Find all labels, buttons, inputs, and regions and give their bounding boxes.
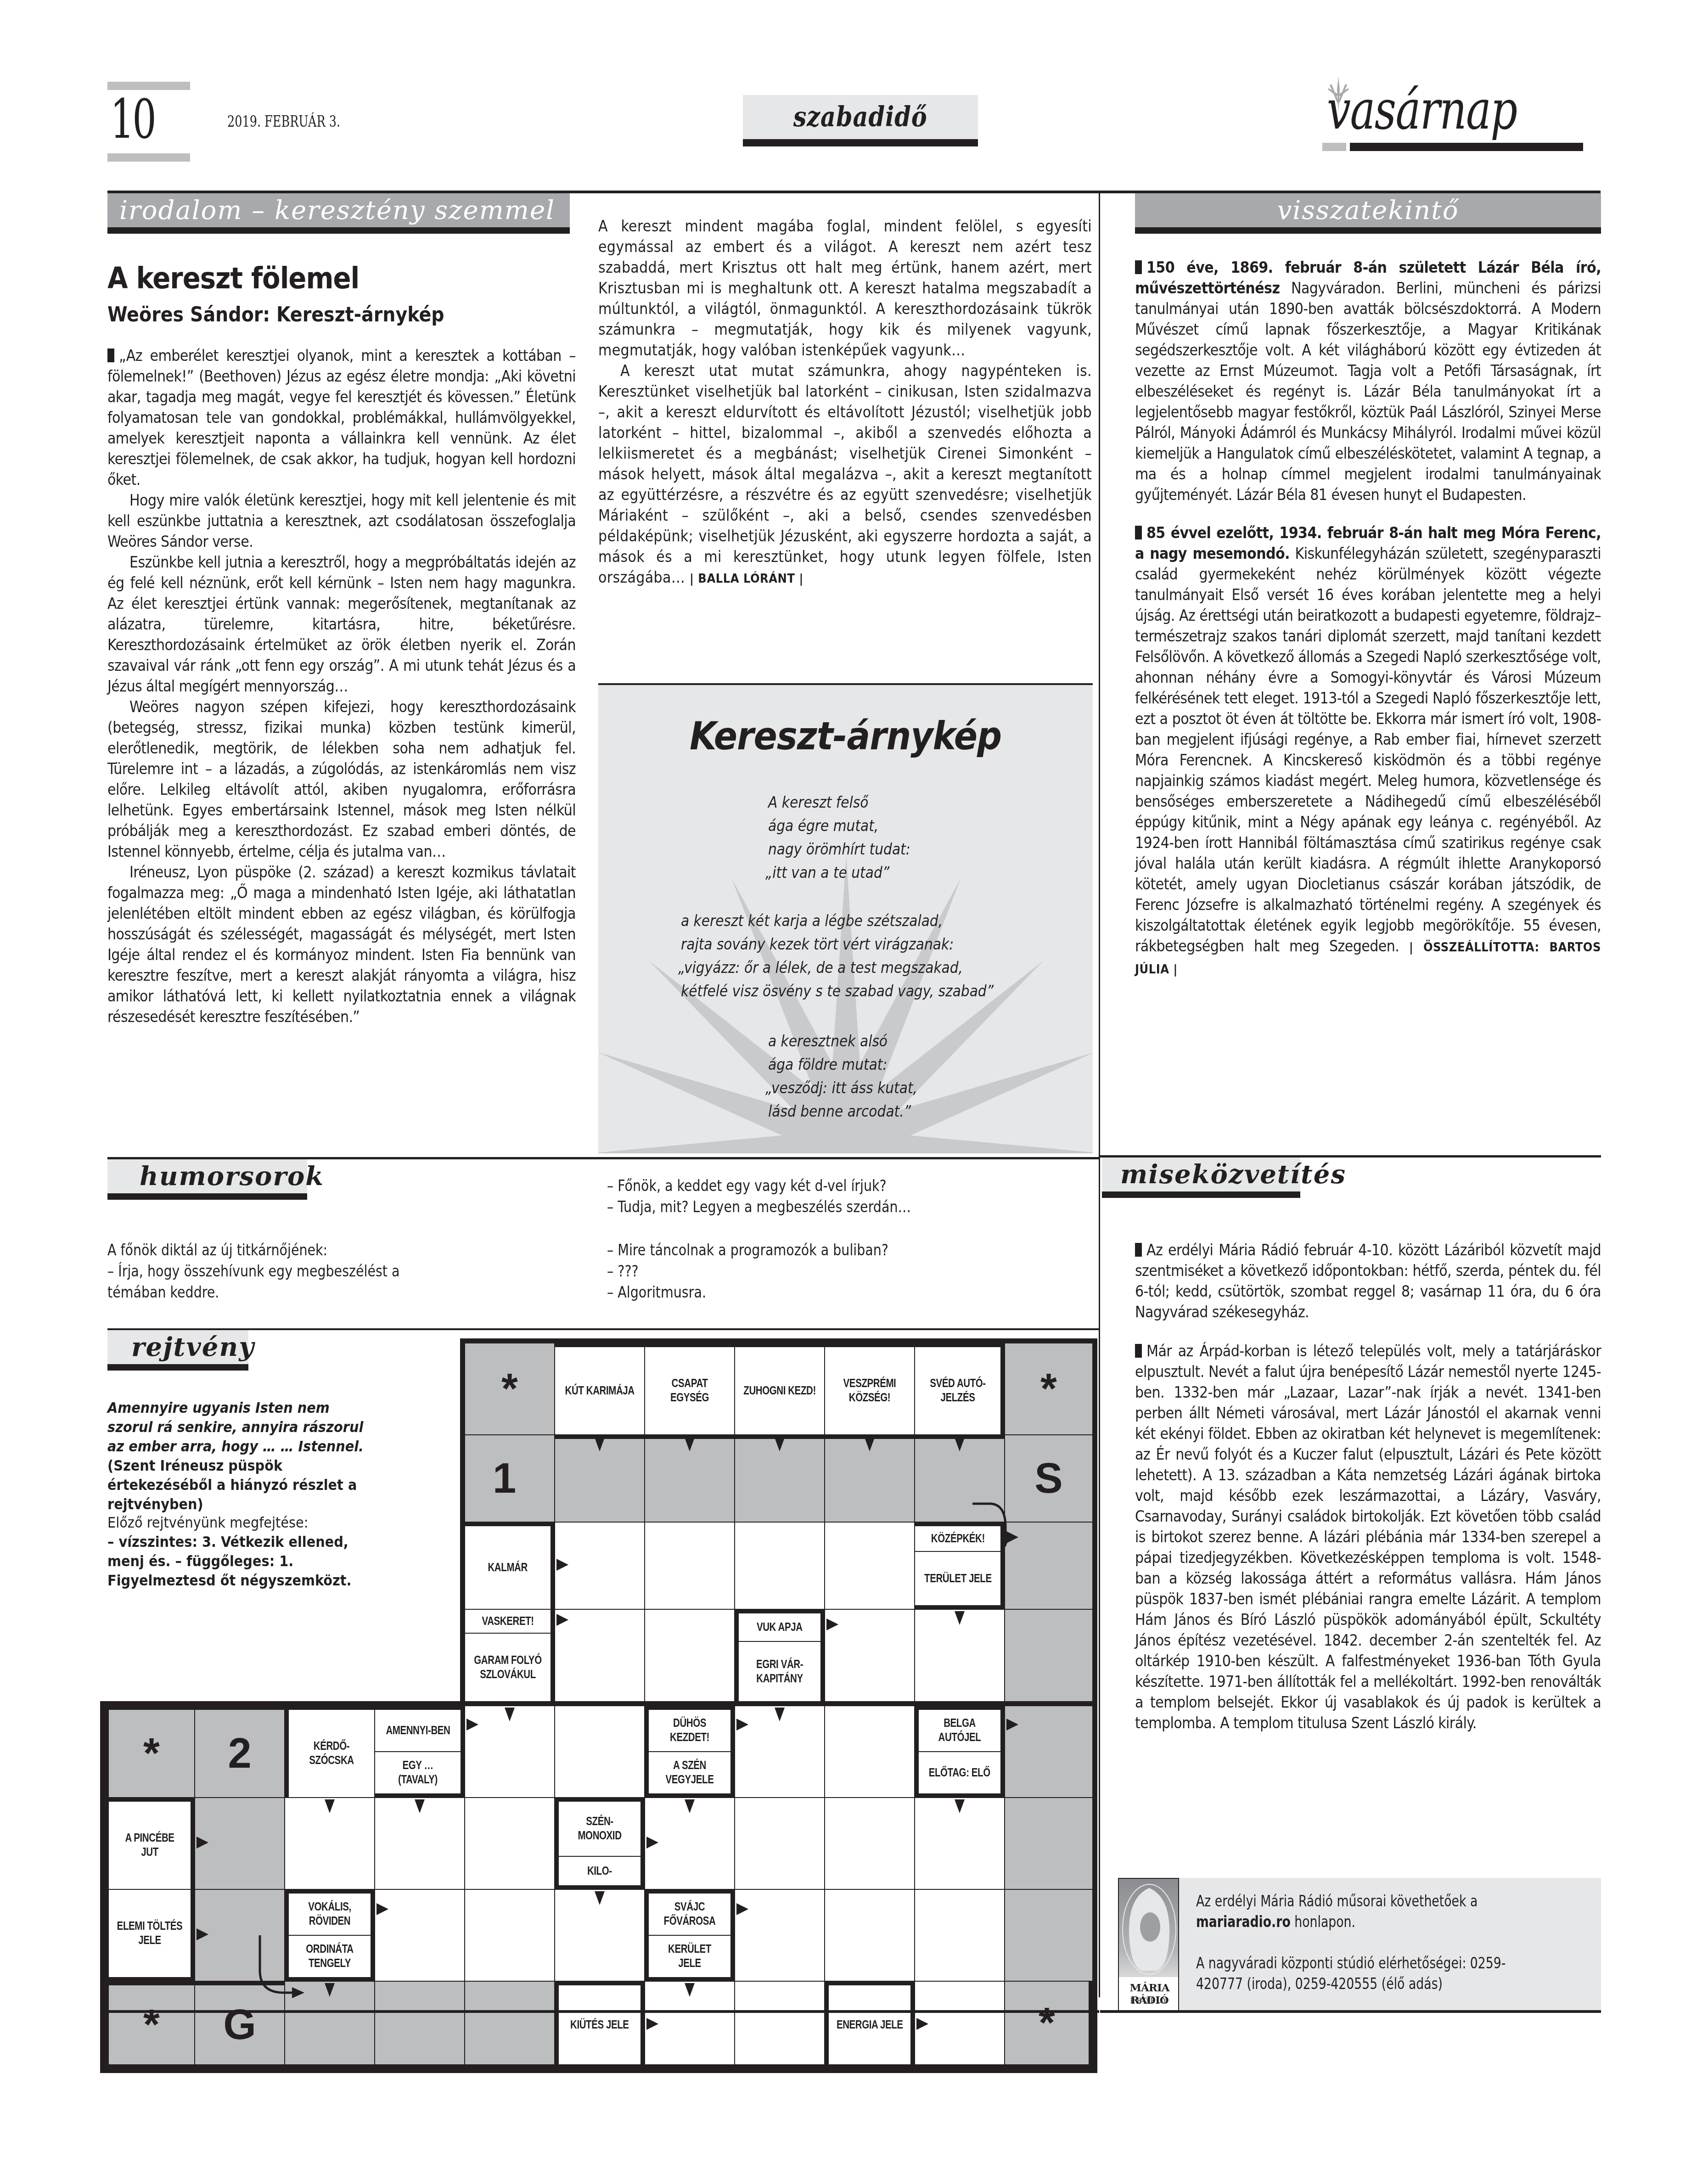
- arrow-down-icon: [775, 1438, 785, 1451]
- section-header-misekozvetites: miseközvetítés: [1102, 1158, 1300, 1198]
- paragraph: Hogy mire valók életünk keresztjei, hogy…: [107, 490, 576, 552]
- clue-kilo[interactable]: KILO-: [555, 1856, 645, 1889]
- clue-vuk-apja[interactable]: VUK APJA: [735, 1609, 825, 1641]
- crossword-answer-cell[interactable]: [915, 1889, 1005, 1981]
- poem-stanza-3: a keresztnek alsó ága földre mutat: „ves…: [768, 1029, 917, 1123]
- arrow-down-icon: [415, 1799, 425, 1813]
- clue-vokalis-roviden[interactable]: VOKÁLIS, RÖVIDEN: [285, 1889, 375, 1935]
- curved-arrow-icon: [972, 1499, 1018, 1550]
- crossword-cell-star: *: [105, 1706, 195, 1798]
- clue-csapat-egyseg[interactable]: CSAPAT EGYSÉG: [645, 1343, 735, 1435]
- paragraph: A kereszt mindent magába foglal, mindent…: [598, 216, 1092, 360]
- crossword-answer-cell[interactable]: [825, 1889, 915, 1981]
- arrow-down-icon: [685, 1799, 695, 1813]
- curved-arrow-icon: [256, 1935, 307, 2009]
- crossword-cell-star: *: [1005, 1981, 1093, 2068]
- paragraph: A kereszt utat mutat számunkra, ahogy na…: [598, 360, 1092, 589]
- crossword-answer-cell[interactable]: [555, 1706, 645, 1798]
- arrow-right-icon: [646, 2018, 658, 2030]
- arrow-down-icon: [595, 1891, 605, 1905]
- clue-kerulet-jele[interactable]: KERÜLET JELE: [645, 1935, 735, 1981]
- clue-zuhogni-kezd[interactable]: ZUHOGNI KEZD!: [735, 1343, 825, 1435]
- poem-box: Kereszt-árnykép A kereszt felső ága égre…: [598, 683, 1093, 1153]
- crossword-cell-row-number: 2: [195, 1706, 285, 1798]
- clue-sved-autojelzes[interactable]: SVÉD AUTÓ-JELZÉS: [915, 1343, 1005, 1435]
- crossword-answer-cell[interactable]: [1005, 1609, 1093, 1706]
- poem-stanza-2: a kereszt két karja a légbe szétszalad, …: [681, 909, 994, 1003]
- arrow-right-icon: [1006, 1719, 1018, 1731]
- clue-a-pincebe-jut[interactable]: A PINCÉBE JUT: [105, 1798, 195, 1889]
- section-header-irodalom: irodalom – keresztény szemmel: [107, 193, 570, 234]
- article-title: A kereszt fölemel: [107, 263, 576, 295]
- arrow-right-icon: [646, 1837, 658, 1849]
- crossword-answer-cell[interactable]: [465, 1889, 555, 1981]
- clue-garam[interactable]: GARAM FOLYÓ SZLOVÁKUL: [465, 1633, 555, 1706]
- crossword-cell-star: *: [465, 1343, 555, 1435]
- paragraph: „Az emberélet keresztjei olyanok, mint a…: [107, 345, 576, 490]
- crossword-cell-star: *: [1005, 1343, 1093, 1435]
- joke-3: – Mire táncolnak a programozók a buliban…: [607, 1240, 1048, 1303]
- page-number-bar-bottom: [107, 153, 190, 162]
- arrow-down-icon: [325, 1983, 335, 1997]
- paragraph: Eszünkbe kell jutnia a keresztről, hogy …: [107, 552, 576, 697]
- crossword-answer-cell[interactable]: [375, 1981, 465, 2068]
- column-divider-right-lower: [1099, 1175, 1100, 1997]
- maria-radio-logo-subtext: ERDÉLY: [1119, 1997, 1179, 2005]
- arrow-right-icon: [466, 1719, 478, 1731]
- clue-egri-varkapitany[interactable]: EGRI VÁR-KAPITÁNY: [735, 1641, 825, 1706]
- madonna-image-icon: [1119, 1879, 1179, 1979]
- arrow-right-icon: [376, 1903, 388, 1915]
- clue-svajc-fovarosa[interactable]: SVÁJC FŐVÁROSA: [645, 1889, 735, 1935]
- paragraph: Már az Árpád-korban is létező település …: [1135, 1341, 1601, 1733]
- paragraph-marker: [107, 348, 114, 362]
- arrow-down-icon: [325, 1799, 335, 1813]
- crossword-answer-cell[interactable]: [825, 1798, 915, 1889]
- maria-radio-logo: MÁRIA RÁDIÓ ERDÉLY: [1118, 1878, 1179, 2011]
- poem-stanza-1: A kereszt felső ága égre mutat, nagy örö…: [768, 791, 910, 884]
- clue-kiutes-jele[interactable]: KIÜTÉS JELE: [555, 1981, 645, 2068]
- crossword-answer-cell[interactable]: [1005, 1798, 1093, 1889]
- section-tab-label: szabadidő: [793, 101, 927, 133]
- arrow-right-icon: [556, 1614, 568, 1626]
- arrow-right-icon: [197, 1837, 208, 1849]
- section-tab: szabadidő: [743, 95, 978, 146]
- joke-2: – Főnök, a keddet egy vagy két d-vel írj…: [607, 1175, 1048, 1218]
- clue-a-szen-vegyjele[interactable]: A SZÉN VEGYJELE: [645, 1752, 735, 1798]
- maria-radio-link[interactable]: mariaradio.ro: [1196, 1913, 1291, 1931]
- column-divider-right: [1099, 191, 1100, 1175]
- clue-egy-tavaly[interactable]: EGY … (TAVALY): [375, 1752, 465, 1798]
- arrow-right-icon: [916, 2018, 928, 2030]
- brand-underline-accent: [1322, 143, 1346, 151]
- arrow-right-icon: [736, 1903, 748, 1915]
- arrow-down-icon: [685, 1438, 695, 1451]
- clue-terulet-jele[interactable]: TERÜLET JELE: [915, 1551, 1005, 1609]
- clue-vaskeret[interactable]: VASKERET!: [465, 1609, 555, 1633]
- paragraph: Iréneusz, Lyon püspöke (2. század) a ker…: [107, 862, 576, 1027]
- retrospective-item: 85 évvel ezelőtt, 1934. február 8-án hal…: [1135, 523, 1601, 980]
- joke-1: A főnök diktál az új titkárnőjének: – Ír…: [107, 1240, 548, 1303]
- clue-duhos-kezdet[interactable]: DÜHÖS KEZDET!: [645, 1706, 735, 1752]
- article-subtitle: Weöres Sándor: Kereszt-árnykép: [107, 303, 576, 327]
- clue-elemi-toltes-jele[interactable]: ELEMI TÖLTÉS JELE: [105, 1889, 195, 1981]
- arrow-right-icon: [826, 1618, 838, 1630]
- crossword-cell-star: *: [105, 1981, 195, 2068]
- arrow-down-icon: [685, 1983, 695, 1997]
- arrow-down-icon: [505, 1708, 515, 1721]
- article-body-left: „Az emberélet keresztjei olyanok, mint a…: [107, 345, 576, 1027]
- issue-date: 2019. FEBRUÁR 3.: [227, 112, 340, 131]
- paragraph: Az erdélyi Mária Rádió február 4-10. köz…: [1135, 1240, 1601, 1322]
- retrospective-item: 150 éve, 1869. február 8-án született Lá…: [1135, 257, 1601, 505]
- crossword-answer-cell[interactable]: [735, 1798, 825, 1889]
- arrow-down-icon: [865, 1438, 875, 1451]
- maria-radio-box: MÁRIA RÁDIÓ ERDÉLY Az erdélyi Mária Rádi…: [1118, 1878, 1601, 2011]
- arrow-right-icon: [556, 1559, 568, 1571]
- bottom-rule-right: [1100, 2010, 1601, 2013]
- arrow-down-icon: [955, 1611, 965, 1625]
- clue-kalmar[interactable]: KALMÁR: [465, 1522, 555, 1609]
- arrow-down-icon: [775, 1708, 785, 1721]
- section-header-humorsorok: humorsorok: [107, 1159, 307, 1200]
- paragraph-marker: [1135, 260, 1142, 274]
- crossword-answer-cell[interactable]: [645, 1522, 735, 1609]
- crossword-answer-cell[interactable]: [465, 1798, 555, 1889]
- crossword-answer-cell[interactable]: [1005, 1889, 1093, 1981]
- paragraph-marker: [1135, 1243, 1142, 1257]
- arrow-down-icon: [595, 1438, 605, 1451]
- arrow-down-icon: [955, 1438, 965, 1451]
- clue-veszpremi-kozseg[interactable]: VESZPRÉMI KÖZSÉG!: [825, 1343, 915, 1435]
- crossword-cell-row-number: 1: [465, 1435, 555, 1522]
- clue-energia-jele[interactable]: ENERGIA JELE: [825, 1981, 915, 2068]
- crossword-grid: * KÚT KARIMÁJA CSAPAT EGYSÉG ZUHOGNI KEZ…: [105, 1343, 1093, 2031]
- crossword-answer-cell[interactable]: [735, 1522, 825, 1609]
- paragraph: Weöres nagyon szépen kifejezi, hogy kere…: [107, 697, 576, 862]
- maria-radio-info: Az erdélyi Mária Rádió műsorai követhető…: [1196, 1891, 1551, 1994]
- clue-elotag-elo[interactable]: ELŐTAG: ELŐ: [915, 1752, 1005, 1798]
- brand-underline: [1350, 143, 1583, 151]
- brand-logo: vasárnap: [1322, 78, 1598, 147]
- crossword-answer-cell[interactable]: [465, 1981, 555, 2068]
- arrow-right-icon: [197, 1928, 208, 1940]
- clue-belga-autojel[interactable]: BELGA AUTÓJEL: [915, 1706, 1005, 1752]
- puzzle-top-rule: [107, 1328, 1099, 1330]
- clue-amennyiben[interactable]: AMENNYI-BEN: [375, 1706, 465, 1752]
- author-byline: | BALLA LÓRÁNT |: [690, 572, 803, 586]
- article-body-middle: A kereszt mindent magába foglal, mindent…: [598, 216, 1092, 589]
- retrospective-body: 150 éve, 1869. február 8-án született Lá…: [1135, 257, 1601, 980]
- page-number: 10: [110, 92, 155, 146]
- mass-body: Az erdélyi Mária Rádió február 4-10. köz…: [1135, 1240, 1601, 1733]
- clue-kut-karimaja[interactable]: KÚT KARIMÁJA: [555, 1343, 645, 1435]
- arrow-right-icon: [736, 1719, 748, 1731]
- crossword-answer-cell[interactable]: [735, 1981, 825, 2068]
- paragraph-marker: [1135, 526, 1142, 539]
- brand-wordmark: vasárnap: [1327, 83, 1517, 137]
- crossword-answer-cell[interactable]: [645, 1609, 735, 1706]
- crossword-answer-cell[interactable]: [825, 1522, 915, 1609]
- arrow-down-icon: [955, 1799, 965, 1813]
- paragraph-marker: [1135, 1344, 1142, 1358]
- crossword-answer-cell[interactable]: [825, 1706, 915, 1798]
- clue-szenmonoxid[interactable]: SZÉN-MONOXID: [555, 1798, 645, 1856]
- bottom-rule-left: [107, 2010, 1099, 2013]
- clue-kerdoszocska[interactable]: KÉRDŐ-SZÓCSKA: [285, 1706, 375, 1798]
- section-header-visszatekinto: visszatekintő: [1135, 193, 1601, 234]
